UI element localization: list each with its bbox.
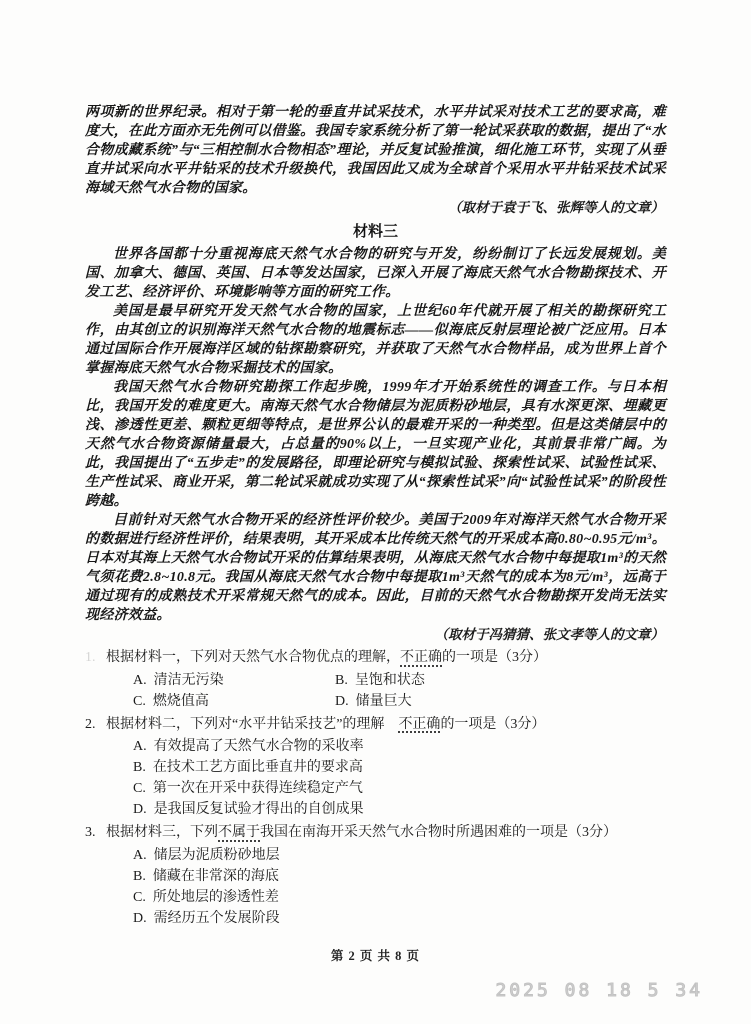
option-B: B. 呈饱和状态 [335, 670, 666, 691]
material-three-heading: 材料三 [85, 221, 666, 243]
page-number-footer: 第 2 页 共 8 页 [0, 946, 751, 964]
question-number: 3. [85, 823, 96, 844]
option-A: A. 有效提高了天然气水合物的采收率 [133, 736, 666, 757]
passage-paragraph: 美国是最早研究开发天然气水合物的国家，上世纪60年代就开展了相关的勘探研究工作，… [85, 302, 666, 378]
material-three-paragraphs: 世界各国都十分重视海底天然气水合物的研究与开发，纷纷制订了长远发展规划。美国、加… [85, 245, 666, 625]
intro-continuation-paragraph: 两项新的世界纪录。相对于第一轮的垂直井试采技术，水平井试采对技术工艺的要求高，难… [85, 103, 666, 198]
material-three-attribution: （取材于冯猜猜、张文孝等人的文章） [85, 625, 666, 645]
stem-text: 的一项是（3分） [442, 650, 547, 665]
option-C: C. 第一次在开采中获得连续稳定产气 [133, 778, 666, 799]
exam-page-scan: 两项新的世界纪录。相对于第一轮的垂直井试采技术，水平井试采对技术工艺的要求高，难… [0, 0, 751, 1024]
option-D: D. 储量巨大 [335, 691, 666, 712]
stem-emphasis: 不正确 [400, 650, 442, 665]
passage-paragraph: 世界各国都十分重视海底天然气水合物的研究与开发，纷纷制订了长远发展规划。美国、加… [85, 245, 666, 302]
option-list: A. 有效提高了天然气水合物的采收率B. 在技术工艺方面比垂直井的要求高C. 第… [133, 736, 666, 820]
stem-text: 根据材料一，下列对天然气水合物优点的理解， [106, 650, 400, 665]
stem-text: 我国在南海开采天然气水合物时所遇困难的一项是（3分） [260, 825, 617, 840]
question-3: 3.根据材料三，下列不属于我国在南海开采天然气水合物时所遇困难的一项是（3分）A… [85, 823, 666, 929]
option-C: C. 所处地层的渗透性差 [133, 887, 666, 908]
passage-paragraph: 目前针对天然气水合物开采的经济性评价较少。美国于2009年对海洋天然气水合物开采… [85, 511, 666, 625]
stem-emphasis: 不正确 [398, 717, 440, 732]
option-B: B. 在技术工艺方面比垂直井的要求高 [133, 757, 666, 778]
question-stem: 2.根据材料二，下列对“水平井钻采技艺”的理解 不正确的一项是（3分） [106, 715, 666, 736]
material-two-attribution: （取材于袁于飞、张辉等人的文章） [85, 198, 666, 218]
option-list: A. 清洁无污染B. 呈饱和状态C. 燃烧值高D. 储量巨大 [133, 670, 666, 712]
question-1: 1.根据材料一，下列对天然气水合物优点的理解，不正确的一项是（3分）A. 清洁无… [85, 648, 666, 712]
stem-text: 根据材料二，下列对“水平井钻采技艺”的理解 [106, 717, 398, 732]
option-A: A. 储层为泥质粉砂地层 [133, 845, 666, 866]
option-B: B. 储藏在非常深的海底 [133, 866, 666, 887]
option-A: A. 清洁无污染 [133, 670, 335, 691]
option-C: C. 燃烧值高 [133, 691, 335, 712]
question-stem: 1.根据材料一，下列对天然气水合物优点的理解，不正确的一项是（3分） [106, 648, 666, 669]
question-stem: 3.根据材料三，下列不属于我国在南海开采天然气水合物时所遇困难的一项是（3分） [106, 823, 666, 844]
question-list: 1.根据材料一，下列对天然气水合物优点的理解，不正确的一项是（3分）A. 清洁无… [85, 648, 666, 929]
passage-paragraph: 我国天然气水合物研究勘探工作起步晚，1999年才开始系统性的调查工作。与日本相比… [85, 378, 666, 511]
stem-text: 根据材料三，下列 [106, 825, 218, 840]
camera-timestamp-stamp: 2025 08 18 5 34 [495, 980, 703, 1001]
stem-text: 的一项是（3分） [440, 717, 545, 732]
question-number: 2. [85, 715, 96, 736]
stem-emphasis: 不属于 [218, 825, 260, 840]
option-D: D. 是我国反复试验才得出的自创成果 [133, 799, 666, 820]
question-2: 2.根据材料二，下列对“水平井钻采技艺”的理解 不正确的一项是（3分）A. 有效… [85, 715, 666, 821]
question-number: 1. [85, 648, 96, 669]
option-D: D. 需经历五个发展阶段 [133, 908, 666, 929]
page-content: 两项新的世界纪录。相对于第一轮的垂直井试采技术，水平井试采对技术工艺的要求高，难… [85, 103, 666, 929]
option-list: A. 储层为泥质粉砂地层B. 储藏在非常深的海底C. 所处地层的渗透性差D. 需… [133, 845, 666, 929]
